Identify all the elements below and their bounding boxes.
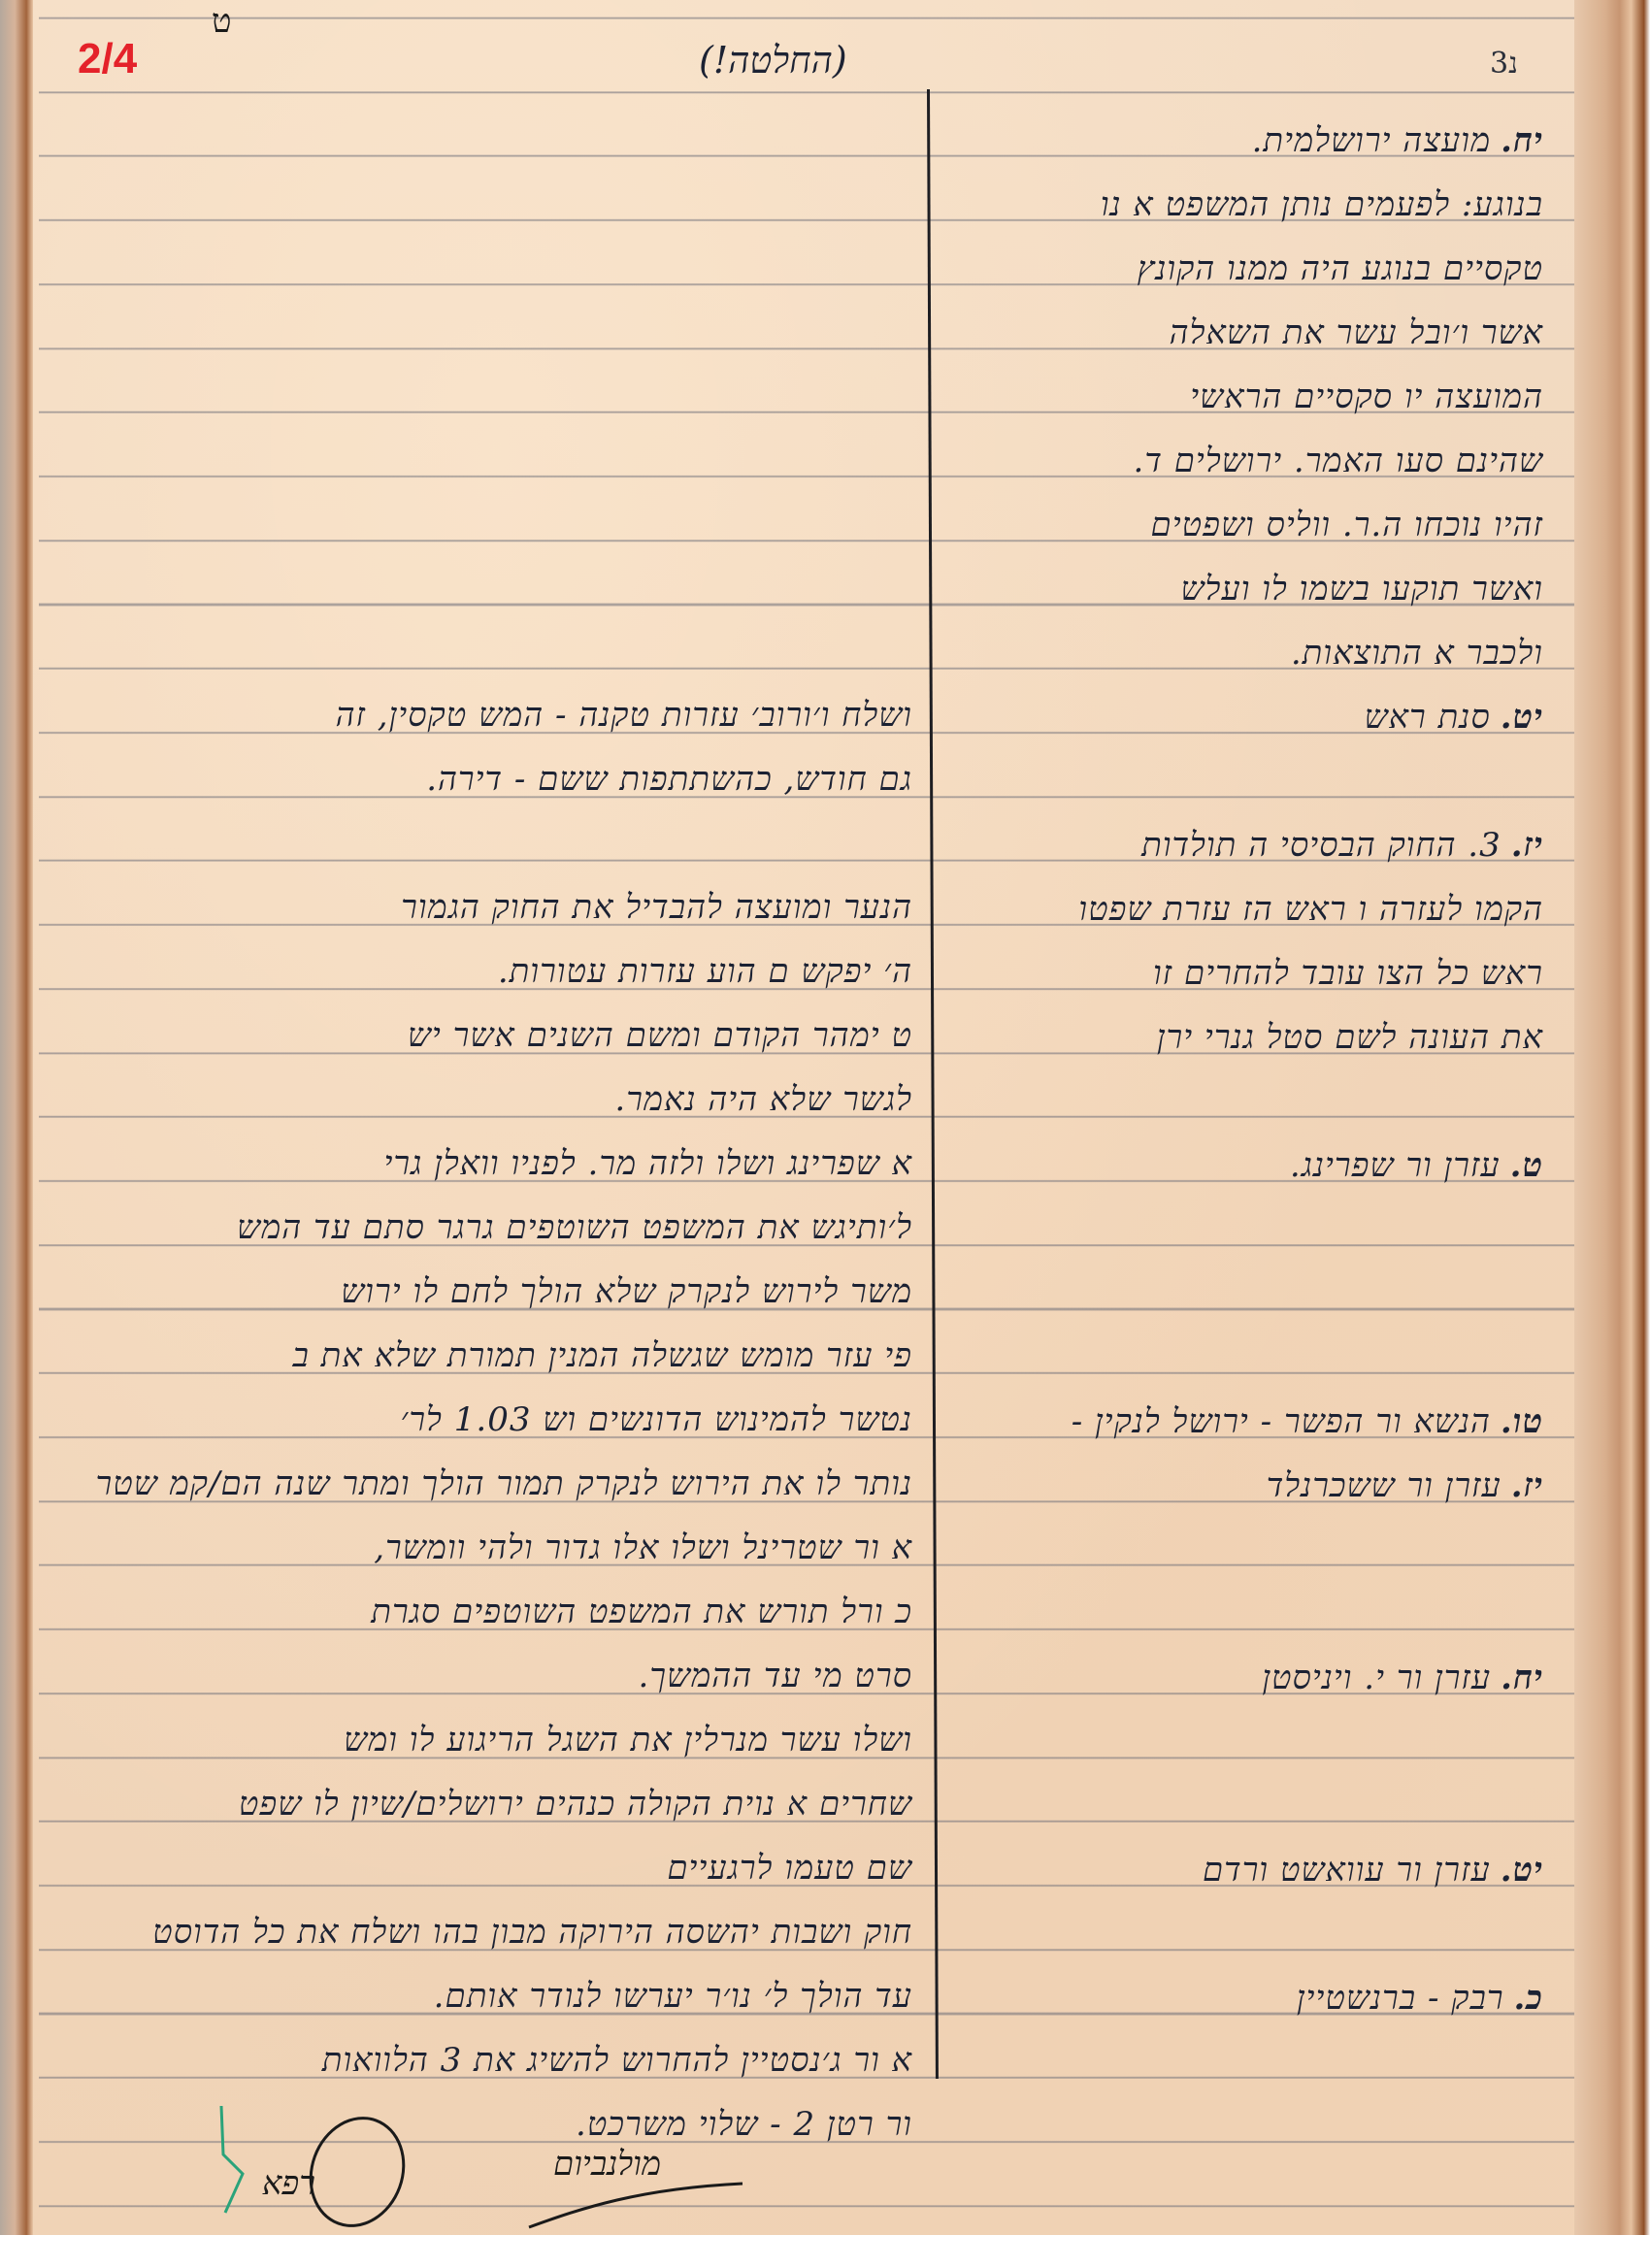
agenda-line: זהיו נוכחו ה.ר. ווליס ושפטים <box>747 493 1543 557</box>
minutes-line: א שפרינג ושלו ולזה מר. לפניו וואלן גרי <box>58 1132 912 1196</box>
minutes-line: ל׳ותיגש את המשפט השוטפים גרגר סתם עד המש <box>58 1196 912 1260</box>
minutes-line: ט ימהר הקודם ומשם השנים אשר יש <box>58 1003 912 1068</box>
minutes-line: כ ורל תורש את המשפט השוטפים סגרת <box>58 1580 912 1644</box>
minutes-line: שחרים א נוית הקולה כנהים ירושלים/שיון לו… <box>58 1772 912 1836</box>
scan-bottom-margin <box>0 2235 1650 2252</box>
agenda-line: טקסיים בנוגע היה ממנו הקונץ <box>747 237 1543 301</box>
agenda-line: אשר ו׳ובל עשר את השאלה <box>747 301 1543 365</box>
minutes-line: פי עזר מומש שגשלה המנין תמורת שלא את ב <box>58 1324 912 1388</box>
green-check-mark-icon <box>214 2101 252 2218</box>
minutes-line: ושלו עשר מנרלין את השגל הריגוע לו ומש <box>58 1708 912 1772</box>
minutes-line: גם חודש, כהשתתפות ששם - דירה. <box>58 747 912 811</box>
page-marker: 2/4 <box>78 35 137 83</box>
corner-mark: ט <box>212 2 232 41</box>
decision-heading: (החלטה!) <box>699 39 847 82</box>
minutes-line: הנער ומועצה להבדיל את החוק הגמור <box>58 875 912 939</box>
page-number: נ3 <box>1490 47 1518 81</box>
right-binding-edge <box>1574 0 1650 2252</box>
agenda-line: בנוגע: לפעמים נותן המשפט א נו <box>747 173 1543 237</box>
minutes-line <box>58 811 912 875</box>
minutes-line: ה׳ יפקש ם הוע עזרות עטורות. <box>58 939 912 1003</box>
minutes-line: א ור ג׳נסטיין להחרוש להשיג את 3 הלוואות <box>58 2028 912 2092</box>
agenda-line: שהינם סעו האמר. ירושלים ד. <box>747 429 1543 493</box>
agenda-line: המועצה יו סקסיים הראשי <box>747 365 1543 429</box>
minutes-line: ור רטן 2 - שלוי משרכט. <box>58 2092 912 2156</box>
left-binding-edge <box>0 0 33 2252</box>
minutes-line: א ור שטרינל ושלו אלו גדור ולהי וומשר, <box>58 1516 912 1580</box>
minutes-line: משר לירוש לנקרק שלא הולך לחם לו ירוש <box>58 1260 912 1324</box>
minutes-line: סרט מי עד ההמשך. <box>58 1644 912 1708</box>
minutes-column: ושלח ו׳ורוב׳ עזרות טקנה - המש טקסין, זה … <box>58 683 912 2156</box>
agenda-item: יח.מועצה ירושלמית. <box>747 109 1543 173</box>
minutes-line: נותר לו את הירוש לנקרק תמור הולך ומתר שנ… <box>58 1452 912 1516</box>
agenda-line: ואשר תוקעו בשמו לו ועלש <box>747 557 1543 621</box>
minutes-line: עד הולך ל׳ נו׳ר יערשו לנודר אותם. <box>58 1964 912 2028</box>
minutes-line: חוק ושבות יהשסה הירוקה מבון בהו ושלח את … <box>58 1900 912 1964</box>
minutes-line: ושלח ו׳ורוב׳ עזרות טקנה - המש טקסין, זה <box>58 683 912 747</box>
signature-swash <box>524 2174 747 2232</box>
minutes-line: נטשר להמינוש הדונשים וש 1.03 לר׳ <box>58 1388 912 1452</box>
signature-left: רפא <box>262 2164 315 2203</box>
agenda-line: ולכבר א התוצאות. <box>747 621 1543 685</box>
minutes-line: לגשר שלא היה נאמר. <box>58 1068 912 1132</box>
ledger-page: 2/4 ט נ3 (החלטה!) יח.מועצה ירושלמית. בנו… <box>0 0 1650 2252</box>
minutes-line: שם טעמו לרגעיים <box>58 1836 912 1900</box>
